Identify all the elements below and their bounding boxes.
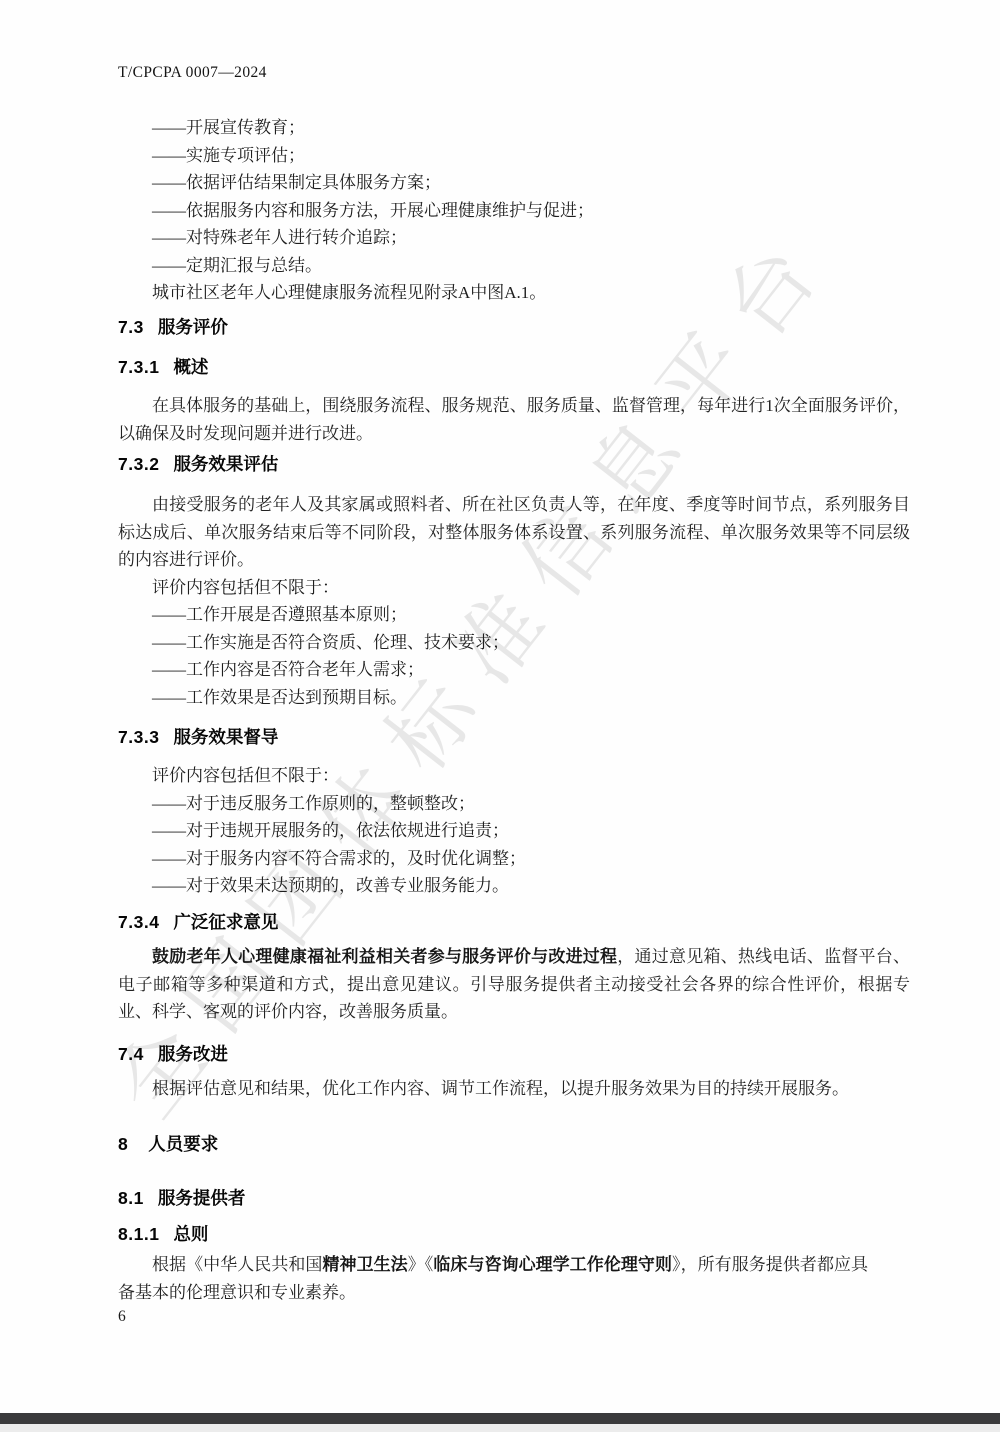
section-heading-8-1: 8.1服务提供者 [118,1186,910,1210]
guideline-title-bold: 临床与咨询心理学工作伦理守则 [433,1255,672,1274]
paragraph-8-1-1: 根据《中华人民共和国精神卫生法》《临床与咨询心理学工作伦理守则》，所有服务提供者… [118,1251,868,1306]
list-item: ——工作开展是否遵照基本原则； [118,601,910,629]
section-title: 广泛征求意见 [173,912,278,932]
chapter-heading-8: 8人员要求 [118,1132,910,1156]
bottom-edge-strip [0,1424,1000,1432]
section-number: 8 [118,1134,128,1154]
section-body-7-3-3: 评价内容包括但不限于： ——对于违反服务工作原则的，整顿整改； ——对于违规开展… [118,762,910,900]
section-number: 8.1.1 [118,1224,159,1244]
section-heading-8-1-1: 8.1.1总则 [118,1222,910,1246]
paragraph-7-3-2: 由接受服务的老年人及其家属或照料者、所在社区负责人等，在年度、季度等时间节点，系… [118,491,910,574]
paragraph-text: 根据《中华人民共和国 [152,1255,322,1274]
paragraph-7-4: 根据评估意见和结果，优化工作内容、调节工作流程，以提升服务效果为目的持续开展服务… [118,1075,910,1103]
law-title-bold: 精神卫生法 [322,1255,407,1274]
section-number: 7.3.4 [118,912,159,932]
section-heading-7-3: 7.3服务评价 [118,315,910,339]
list-item: ——开展宣传教育； [118,114,910,142]
section-title: 服务效果督导 [173,727,278,747]
section-number: 7.3.3 [118,727,159,747]
section-title: 服务提供者 [158,1188,246,1208]
list-lead: 评价内容包括但不限于： [118,574,910,602]
list-lead: 评价内容包括但不限于： [118,762,910,790]
section-heading-7-3-3: 7.3.3服务效果督导 [118,725,910,749]
bottom-window-edge [0,1413,1000,1424]
section-number: 7.4 [118,1044,144,1064]
list-item: ——定期汇报与总结。 [118,252,910,280]
section-number: 7.3.1 [118,357,159,377]
section-title: 人员要求 [148,1134,218,1154]
page-number: 6 [118,1308,910,1326]
section-title: 总则 [173,1224,208,1244]
section-title: 服务评价 [158,317,228,337]
bold-phrase: 鼓励老年人心理健康福祉利益相关者参与服务评价与改进过程 [152,947,617,966]
section-heading-7-4: 7.4服务改进 [118,1042,910,1066]
list-item: ——工作效果是否达到预期目标。 [118,684,910,712]
paragraph-7-3-4: 鼓励老年人心理健康福祉利益相关者参与服务评价与改进过程，通过意见箱、热线电话、监… [118,943,910,1026]
section-heading-7-3-1: 7.3.1概述 [118,355,910,379]
section-heading-7-3-2: 7.3.2服务效果评估 [118,452,910,476]
section-number: 7.3 [118,317,144,337]
list-item: ——实施专项评估； [118,142,910,170]
intro-list: ——开展宣传教育； ——实施专项评估； ——依据评估结果制定具体服务方案； ——… [118,114,910,307]
section-title: 服务改进 [158,1044,228,1064]
list-item: ——对于违规开展服务的，依法依规进行追责； [118,817,910,845]
list-item: ——依据服务内容和服务方法，开展心理健康维护与促进； [118,197,910,225]
section-number: 7.3.2 [118,454,159,474]
section-body-7-3-2: 由接受服务的老年人及其家属或照料者、所在社区负责人等，在年度、季度等时间节点，系… [118,491,910,711]
paragraph-7-3-1: 在具体服务的基础上，围绕服务流程、服务规范、服务质量、监督管理，每年进行1次全面… [118,392,910,447]
list-item: ——工作内容是否符合老年人需求； [118,656,910,684]
list-item: ——对特殊老年人进行转介追踪； [118,224,910,252]
intro-note: 城市社区老年人心理健康服务流程见附录A中图A.1。 [118,279,910,307]
list-item: ——工作实施是否符合资质、伦理、技术要求； [118,629,910,657]
doc-code-header: T/CPCPA 0007—2024 [118,64,910,82]
paragraph-text: 》《 [408,1255,434,1274]
section-title: 服务效果评估 [173,454,278,474]
section-heading-7-3-4: 7.3.4广泛征求意见 [118,910,910,934]
list-item: ——对于效果未达预期的，改善专业服务能力。 [118,872,910,900]
list-item: ——对于违反服务工作原则的，整顿整改； [118,790,910,818]
list-item: ——对于服务内容不符合需求的，及时优化调整； [118,845,910,873]
section-number: 8.1 [118,1188,144,1208]
section-title: 概述 [173,357,208,377]
list-item: ——依据评估结果制定具体服务方案； [118,169,910,197]
document-page: 全国团体标准信息平台 T/CPCPA 0007—2024 ——开展宣传教育； —… [0,0,1000,1432]
